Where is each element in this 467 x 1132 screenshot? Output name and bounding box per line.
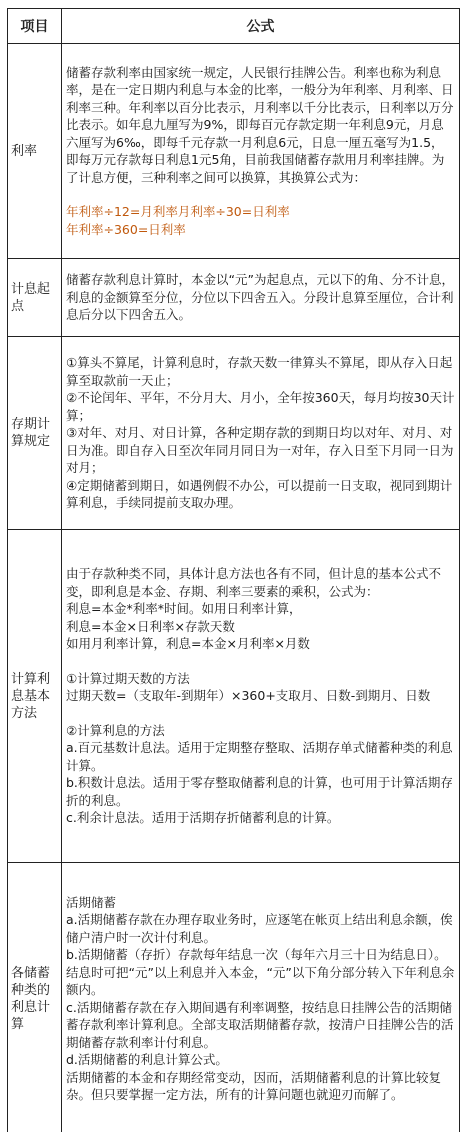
row-label: 利率 bbox=[8, 44, 62, 259]
row-content: 储蓄存款利率由国家统一规定，人民银行挂牌公告。利率也称为利息率，是在一定日期内利… bbox=[62, 44, 460, 259]
paragraph: 如用月利率计算，利息=本金×月利率×月数 bbox=[66, 635, 456, 653]
table-row-deposit-term-rules: 存期计算规定 ①算头不算尾，计算利息时，存款天数一律算头不算尾，即从存入日起算至… bbox=[8, 337, 460, 530]
row-label: 各储蓄种类的利息计算 bbox=[8, 863, 62, 1132]
row-label: 计算利息基本方法 bbox=[8, 530, 62, 863]
table-row-interest-start: 计息起点 储蓄存款利息计算时，本金以“元”为起息点，元以下的角、分不计息，利息的… bbox=[8, 259, 460, 337]
row-content: ①算头不算尾，计算利息时，存款天数一律算头不算尾，即从存入日起算至取款前一天止；… bbox=[62, 337, 460, 530]
paragraph: a.活期储蓄存款在办理存取业务时，应逐笔在帐页上结出利息余额，俟储户清户时一次计… bbox=[66, 911, 456, 946]
paragraph: 利息=本金*利率*时间。如用日利率计算， bbox=[66, 600, 456, 618]
paragraph: c.利余计息法。适用于活期存折储蓄利息的计算。 bbox=[66, 809, 456, 827]
paragraph: 利息=本金×日利率×存款天数 bbox=[66, 618, 456, 636]
rule-item: ①算头不算尾，计算利息时，存款天数一律算头不算尾，即从存入日起算至取款前一天止； bbox=[66, 354, 456, 389]
header-row: 项目 公式 bbox=[8, 9, 460, 44]
header-item: 项目 bbox=[8, 9, 62, 44]
rule-item: ③对年、对月、对日计算，各种定期存款的到期日均以对年、对月、对日为准。即自存入日… bbox=[66, 424, 456, 477]
paragraph: 过期天数=（支取年-到期年）×360+支取月、日数-到期月、日数 bbox=[66, 687, 456, 705]
paragraph: a.百元基数计息法。适用于定期整存整取、活期存单式储蓄种类的利息计算。 bbox=[66, 739, 456, 774]
table-row-interest-rate: 利率 储蓄存款利率由国家统一规定，人民银行挂牌公告。利率也称为利息率，是在一定日… bbox=[8, 44, 460, 259]
paragraph: 由于存款种类不同，具体计息方法也各有不同，但计息的基本公式不变，即利息是本金、存… bbox=[66, 565, 456, 600]
paragraph: 活期储蓄 bbox=[66, 894, 456, 912]
table-row-basic-methods: 计算利息基本方法 由于存款种类不同，具体计息方法也各有不同，但计息的基本公式不变… bbox=[8, 530, 460, 863]
paragraph: c.活期储蓄存款在存入期间遇有利率调整，按结息日挂牌公告的活期储蓄存款利率计算利… bbox=[66, 999, 456, 1052]
table-row-savings-types: 各储蓄种类的利息计算 活期储蓄 a.活期储蓄存款在办理存取业务时，应逐笔在帐页上… bbox=[8, 863, 460, 1132]
rule-item: ②不论闰年、平年，不分月大、月小，全年按360天，每月均按30天计算； bbox=[66, 389, 456, 424]
header-formula: 公式 bbox=[62, 9, 460, 44]
paragraph: 活期储蓄的本金和存期经常变动，因而，活期储蓄利息的计算比较复杂。但只要掌握一定方… bbox=[66, 1069, 456, 1104]
formula-line: 年利率÷12=月利率月利率÷30=日利率 bbox=[66, 203, 456, 221]
paragraph: ②计算利息的方法 bbox=[66, 722, 456, 740]
row-content: 活期储蓄 a.活期储蓄存款在办理存取业务时，应逐笔在帐页上结出利息余额，俟储户清… bbox=[62, 863, 460, 1132]
row-label: 存期计算规定 bbox=[8, 337, 62, 530]
paragraph: b.活期储蓄（存折）存款每年结息一次（每年六月三十日为结息日）。结息时可把“元”… bbox=[66, 946, 456, 999]
row-label: 计息起点 bbox=[8, 259, 62, 337]
interest-formula-table: 项目 公式 利率 储蓄存款利率由国家统一规定，人民银行挂牌公告。利率也称为利息率… bbox=[7, 8, 460, 1132]
paragraph: 储蓄存款利息计算时，本金以“元”为起息点，元以下的角、分不计息，利息的金额算至分… bbox=[66, 271, 456, 324]
row-content: 储蓄存款利息计算时，本金以“元”为起息点，元以下的角、分不计息，利息的金额算至分… bbox=[62, 259, 460, 337]
paragraph: b.积数计息法。适用于零存整取储蓄利息的计算，也可用于计算活期存折的利息。 bbox=[66, 774, 456, 809]
row-content: 由于存款种类不同，具体计息方法也各有不同，但计息的基本公式不变，即利息是本金、存… bbox=[62, 530, 460, 863]
rule-item: ④定期储蓄到期日，如遇例假不办公，可以提前一日支取，视同到期计算利息，手续同提前… bbox=[66, 477, 456, 512]
paragraph: d.活期储蓄的利息计算公式。 bbox=[66, 1051, 456, 1069]
paragraph: ①计算过期天数的方法 bbox=[66, 670, 456, 688]
paragraph: 储蓄存款利率由国家统一规定，人民银行挂牌公告。利率也称为利息率，是在一定日期内利… bbox=[66, 64, 456, 187]
formula-line: 年利率÷360=日利率 bbox=[66, 221, 456, 239]
